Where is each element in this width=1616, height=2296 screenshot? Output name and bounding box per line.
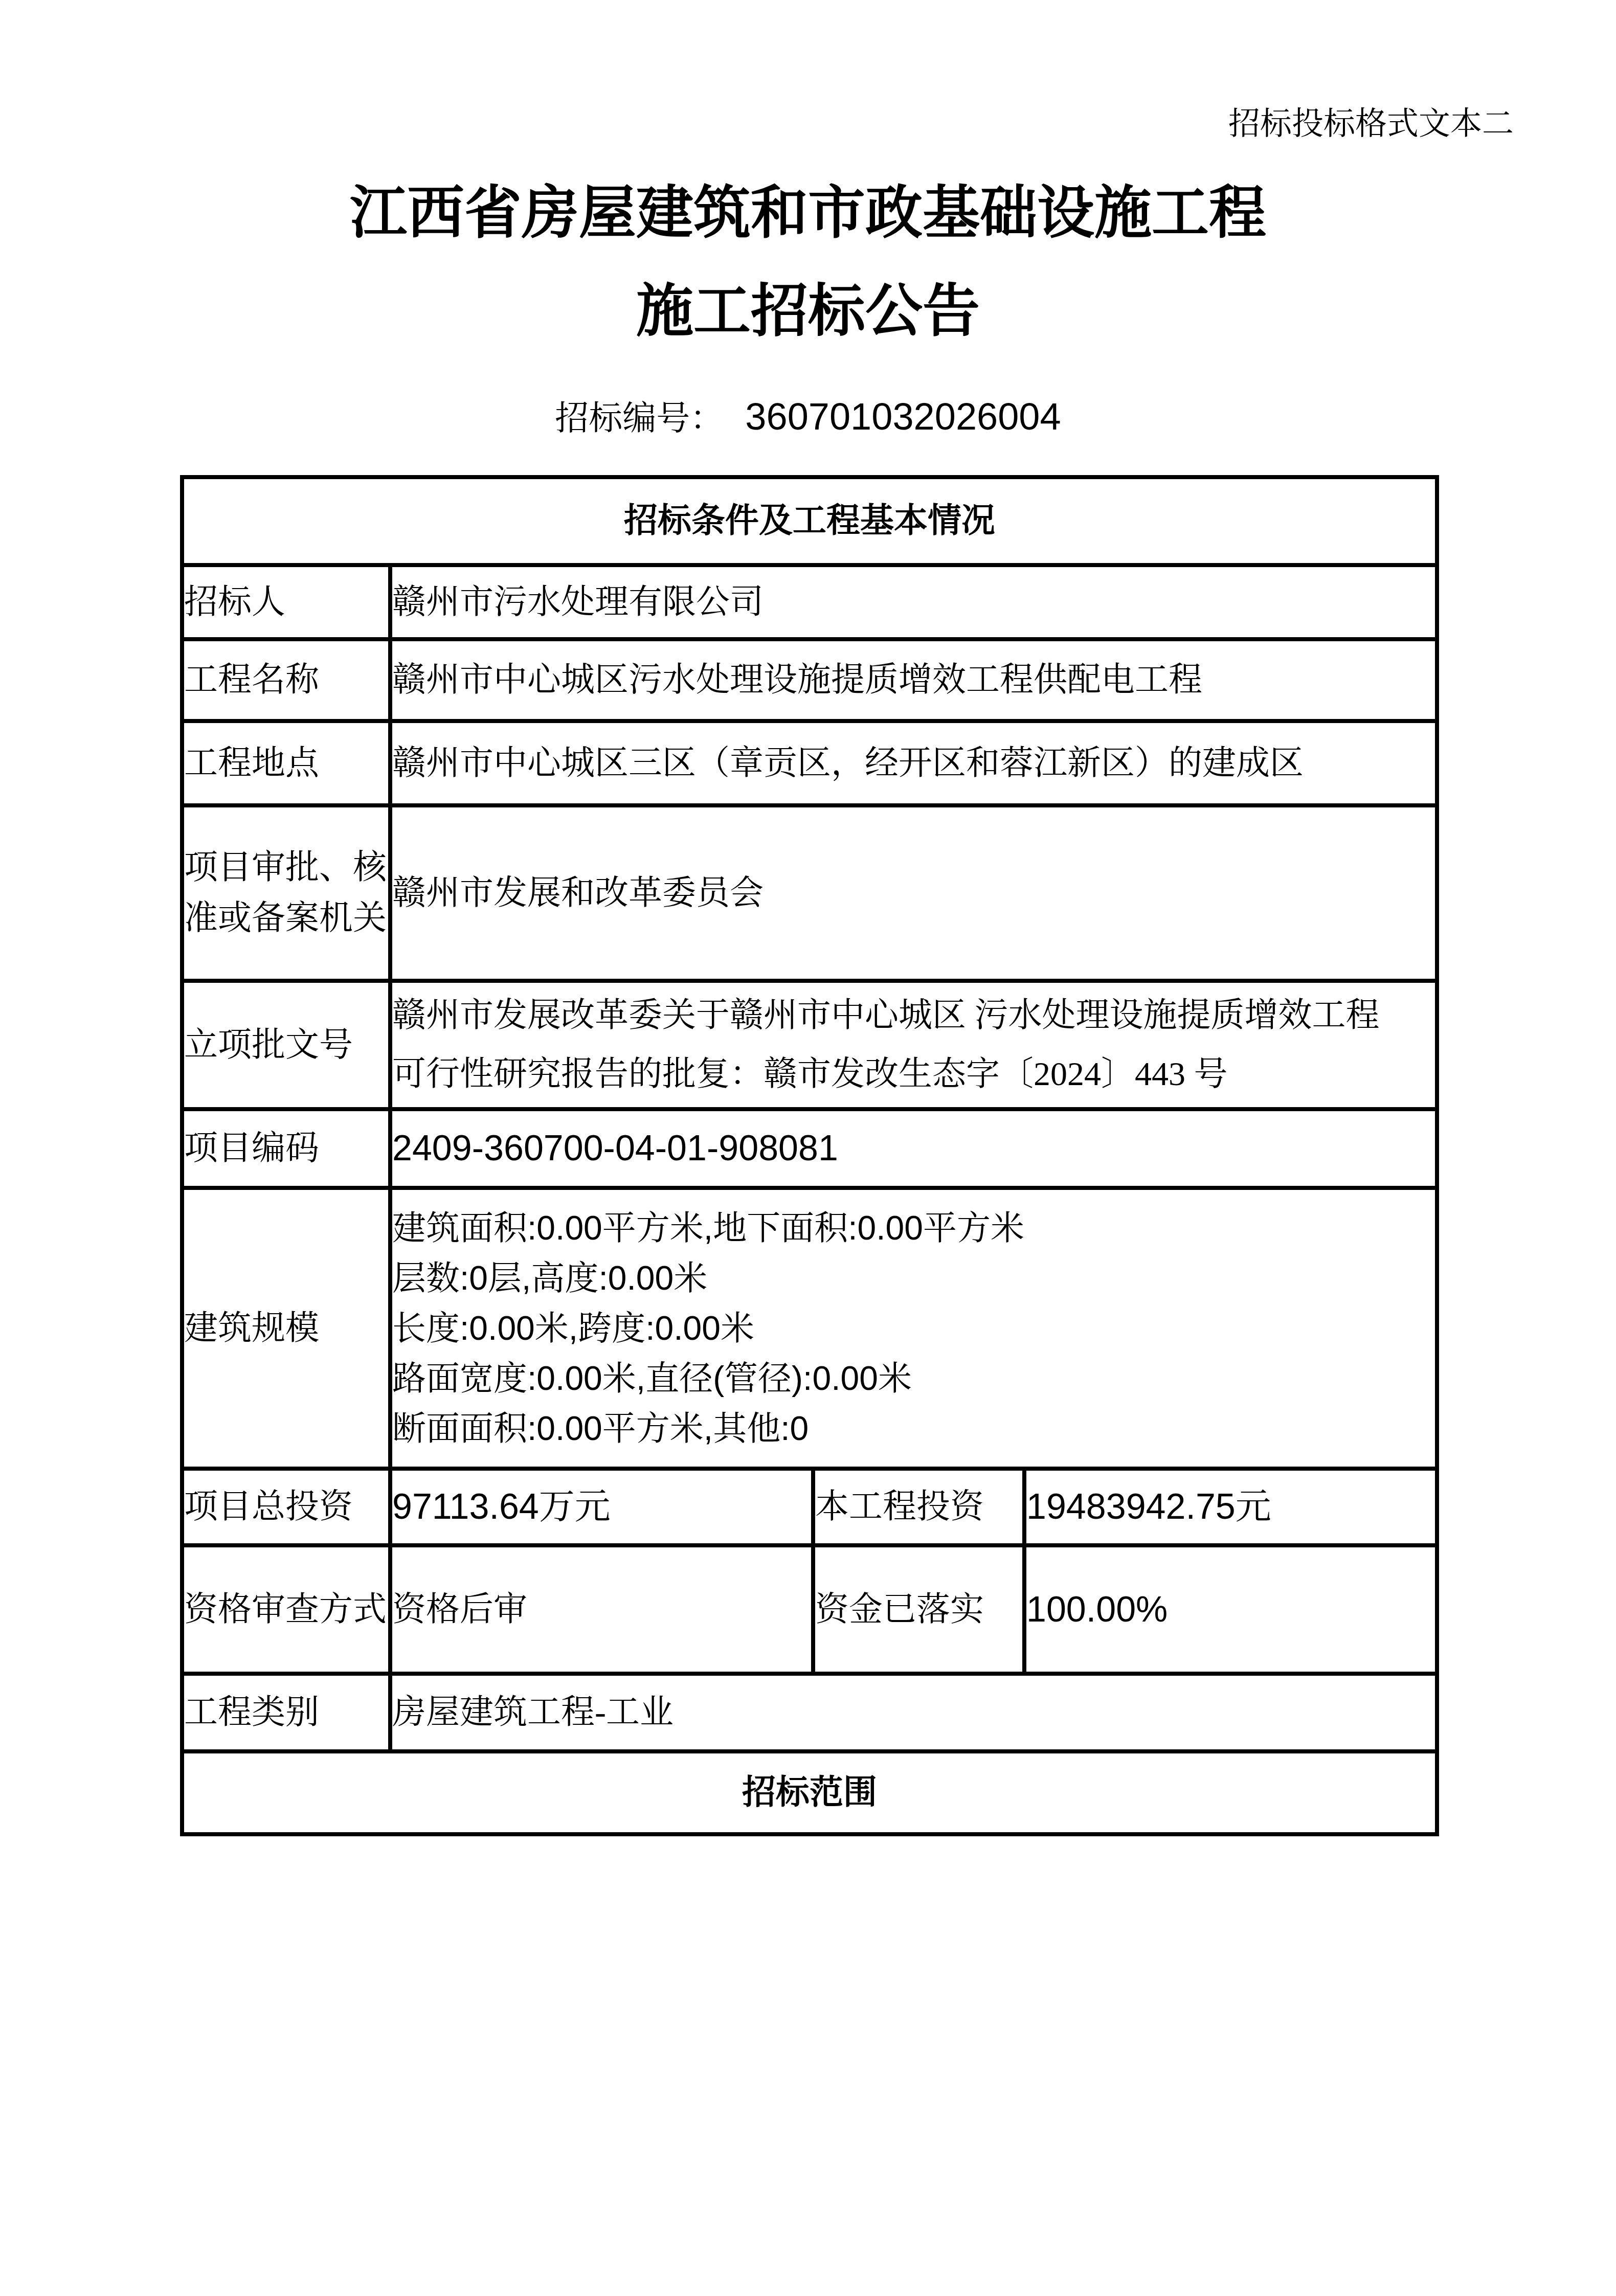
construction-scale-line5: 断面面积:0.00平方米,其他:0 — [392, 1403, 1435, 1453]
approval-doc-no-label: 立项批文号 — [182, 981, 390, 1109]
table-row-total-investment: 项目总投资 97113.64万元 本工程投资 19483942.75元 — [182, 1469, 1437, 1545]
table-row-approval-authority: 项目审批、核准或备案机关 赣州市发展和改革委员会 — [182, 805, 1437, 981]
table-row-qualification-review: 资格审查方式 资格后审 资金已落实 100.00% — [182, 1545, 1437, 1674]
approval-doc-no-line1: 赣州市发展改革委关于赣州市中心城区 污水处理设施提质增效工程 — [392, 986, 1435, 1045]
table-row-approval-doc-no: 立项批文号 赣州市发展改革委关于赣州市中心城区 污水处理设施提质增效工程 可行性… — [182, 981, 1437, 1109]
this-project-investment-value: 19483942.75元 — [1024, 1469, 1437, 1545]
construction-scale-line1: 建筑面积:0.00平方米,地下面积:0.00平方米 — [392, 1203, 1435, 1253]
table-row-project-code: 项目编码 2409-360700-04-01-908081 — [182, 1109, 1437, 1188]
tender-announcement-page: { "doc_tag": "招标投标格式文本二", "title": { "li… — [0, 0, 1616, 2296]
construction-scale-label: 建筑规模 — [182, 1188, 390, 1469]
project-code-value: 2409-360700-04-01-908081 — [390, 1109, 1437, 1188]
construction-scale-line3: 长度:0.00米,跨度:0.00米 — [392, 1303, 1435, 1353]
approval-doc-no-line2: 可行性研究报告的批复：赣市发改生态字〔2024〕443 号 — [392, 1045, 1435, 1104]
table-row-project-location: 工程地点 赣州市中心城区三区（章贡区，经开区和蓉江新区）的建成区 — [182, 721, 1437, 805]
bid-number-line: 招标编号：360701032026004 — [0, 391, 1616, 442]
funds-secured-label: 资金已落实 — [813, 1545, 1024, 1674]
approval-doc-no-value: 赣州市发展改革委关于赣州市中心城区 污水处理设施提质增效工程 可行性研究报告的批… — [390, 981, 1437, 1109]
approval-authority-value: 赣州市发展和改革委员会 — [390, 805, 1437, 981]
bid-number-label: 招标编号： — [555, 400, 724, 437]
project-code-label: 项目编码 — [182, 1109, 390, 1188]
construction-scale-line4: 路面宽度:0.00米,直径(管径):0.00米 — [392, 1353, 1435, 1403]
section2-header: 招标范围 — [182, 1751, 1437, 1834]
page-title-line1: 江西省房屋建筑和市政基础设施工程 — [0, 176, 1616, 252]
project-location-label: 工程地点 — [182, 721, 390, 805]
document-format-tag: 招标投标格式文本二 — [0, 106, 1514, 143]
project-category-label: 工程类别 — [182, 1674, 390, 1751]
table-row-section2-header: 招标范围 — [182, 1751, 1437, 1834]
construction-scale-value: 建筑面积:0.00平方米,地下面积:0.00平方米 层数:0层,高度:0.00米… — [390, 1188, 1437, 1469]
bid-number-value: 360701032026004 — [745, 395, 1061, 438]
total-investment-amount: 97113.64万元 — [392, 1487, 611, 1526]
qualification-review-value: 资格后审 — [390, 1545, 813, 1674]
table-row-section1-header: 招标条件及工程基本情况 — [182, 477, 1437, 565]
project-category-value: 房屋建筑工程-工业 — [390, 1674, 1437, 1751]
construction-scale-line2: 层数:0层,高度:0.00米 — [392, 1253, 1435, 1303]
project-location-value: 赣州市中心城区三区（章贡区，经开区和蓉江新区）的建成区 — [390, 721, 1437, 805]
table-row-bidder: 招标人 赣州市污水处理有限公司 — [182, 565, 1437, 639]
this-project-investment-amount: 19483942.75元 — [1026, 1487, 1271, 1526]
this-project-investment-label: 本工程投资 — [813, 1469, 1024, 1545]
qualification-review-label: 资格审查方式 — [182, 1545, 390, 1674]
table-row-construction-scale: 建筑规模 建筑面积:0.00平方米,地下面积:0.00平方米 层数:0层,高度:… — [182, 1188, 1437, 1469]
approval-authority-label: 项目审批、核准或备案机关 — [182, 805, 390, 981]
project-name-label: 工程名称 — [182, 639, 390, 721]
total-investment-value: 97113.64万元 — [390, 1469, 813, 1545]
project-name-value: 赣州市中心城区污水处理设施提质增效工程供配电工程 — [390, 639, 1437, 721]
funds-secured-percent: 100.00% — [1026, 1589, 1168, 1629]
table-row-project-category: 工程类别 房屋建筑工程-工业 — [182, 1674, 1437, 1751]
project-code-number: 2409-360700-04-01-908081 — [392, 1128, 838, 1168]
section1-header: 招标条件及工程基本情况 — [182, 477, 1437, 565]
funds-secured-value: 100.00% — [1024, 1545, 1437, 1674]
tender-conditions-table: 招标条件及工程基本情况 招标人 赣州市污水处理有限公司 工程名称 赣州市中心城区… — [180, 475, 1439, 1836]
table-row-project-name: 工程名称 赣州市中心城区污水处理设施提质增效工程供配电工程 — [182, 639, 1437, 721]
total-investment-label: 项目总投资 — [182, 1469, 390, 1545]
page-title-line2: 施工招标公告 — [0, 275, 1616, 350]
bidder-value: 赣州市污水处理有限公司 — [390, 565, 1437, 639]
bidder-label: 招标人 — [182, 565, 390, 639]
